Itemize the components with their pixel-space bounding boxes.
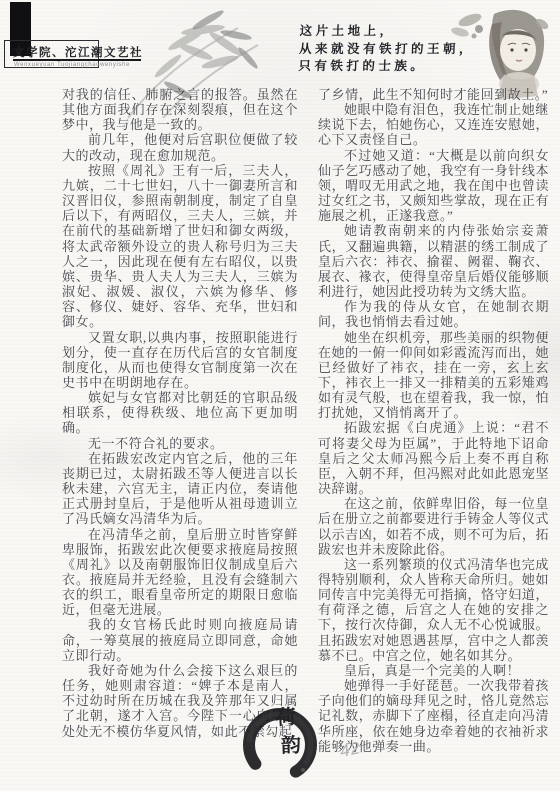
paragraph: 前几年，他便对后宫职位便做了较大的改动，现在愈加规范。	[62, 132, 298, 162]
paragraph: 我的女官杨氏此时则向掖庭局请命，一筹莫展的掖庭局立即同意，命她立即行动。	[62, 617, 298, 662]
magazine-page: 文学院、沱江潮文艺社 Wenxueyuan Tuojiangchaowenyis…	[0, 0, 560, 791]
article-left-column: 对我的信任、肺腑之言的报答。虽然在其他方面我们存在深刻裂痕，但在这个梦中，我与他…	[62, 87, 298, 691]
paragraph: 不过她又道：“大概是以前向织女仙子乞巧感动了她，我空有一身针线本领，喟叹无用武之…	[318, 148, 549, 224]
paragraph: 她坐在织机旁，那些美丽的织物便在她的一俯一仰间如彩霞流泻而出，她已经做好了袆衣，…	[318, 330, 549, 421]
paragraph: 在冯清华之前，皇后册立时皆穿鲜卑服饰，拓跋宏此次便要求掖庭局按照《周礼》以及南朝…	[62, 527, 298, 618]
article-right-column: 了乡情，此生不知何时才能回到故土。”她眼中隐有泪色，我连忙制止她继续说下去，怕她…	[318, 87, 549, 663]
paragraph: 在这之前，依鲜卑旧俗，每一位皇后在册立之前都要进行手铸金人等仪式以示吉凶，如若不…	[318, 496, 549, 557]
paragraph: 按照《周礼》王有一后，三夫人，九嫔，二十七世妇，八十一御妻所言和汉晋旧仪，参照南…	[62, 163, 298, 330]
paragraph: 作为我的侍从女官，在她制衣期间，我也悄悄去看过她。	[318, 299, 549, 329]
page-number: 42	[338, 738, 363, 762]
paragraph: 拓跋宏据《白虎通》上说：“君不可将妻父母为臣属”，于此特地下诏命皇后之父太师冯熙…	[318, 420, 549, 496]
paragraph: 皇后，真是一个完美的人啊！	[318, 663, 549, 678]
paragraph: 对我的信任、肺腑之言的报答。虽然在其他方面我们存在深刻裂痕，但在这个梦中，我与他…	[62, 87, 298, 132]
paragraph: 她请教南朝来的内侍张始宗妾萧氏，又翻遍典籍，以精湛的绣工制成了皇后六衣：袆衣、揄…	[318, 223, 549, 299]
seal-character: 荷	[275, 707, 296, 728]
paragraph: 这一系列繁琐的仪式冯清华也完成得特别顺利，众人皆称天命所归。她如同传言中完美得无…	[318, 557, 549, 663]
paragraph: 了乡情，此生不知何时才能回到故土。”	[318, 87, 549, 102]
paragraph: 又置女职,以典内事，按照职能进行划分，使一直存在历代后宫的女官制度制度化，从而也…	[62, 330, 298, 391]
paragraph: 无一不符合礼的要求。	[62, 436, 298, 451]
seal-character: 韵	[281, 736, 302, 757]
paragraph: 她眼中隐有泪色，我连忙制止她继续说下去，怕她伤心，又连连安慰她，心下又责怪自己。	[318, 102, 549, 147]
paragraph: 在拓跋宏改定内官之后，他的三年丧期已过，太尉拓跋丕等人便进言以长秋未建，六宫无主…	[62, 451, 298, 527]
paragraph: 嫔妃与女官都对比朝廷的官职品级相联系，使得秩级、地位高下更加明确。	[62, 390, 298, 435]
